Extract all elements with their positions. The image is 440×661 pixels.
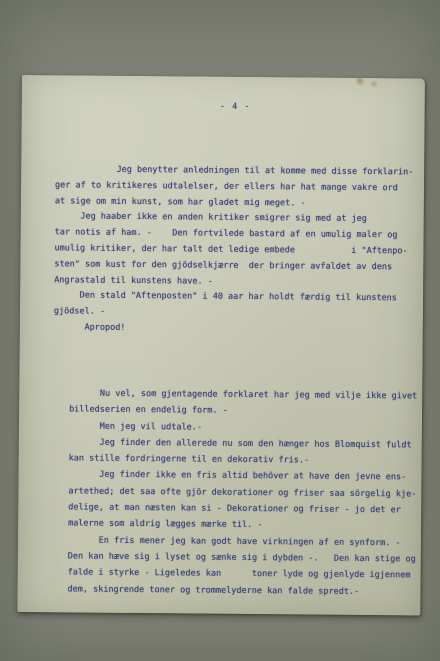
typed-section-1: Jeg benytter anledningen til at komme me… xyxy=(54,162,414,339)
typed-line: Apropod! xyxy=(54,320,412,339)
typed-section-2: Nu vel, som gjentagende forklaret har je… xyxy=(67,385,417,600)
typed-line: dem, skingrende toner og trommelyderne k… xyxy=(67,581,415,600)
paper-sheet: - 4 - Jeg benytter anledningen til at ko… xyxy=(17,75,425,615)
page-number: - 4 - xyxy=(22,100,425,114)
typed-line: Den stald "Aftenposten" i 40 aar har hol… xyxy=(54,289,412,308)
